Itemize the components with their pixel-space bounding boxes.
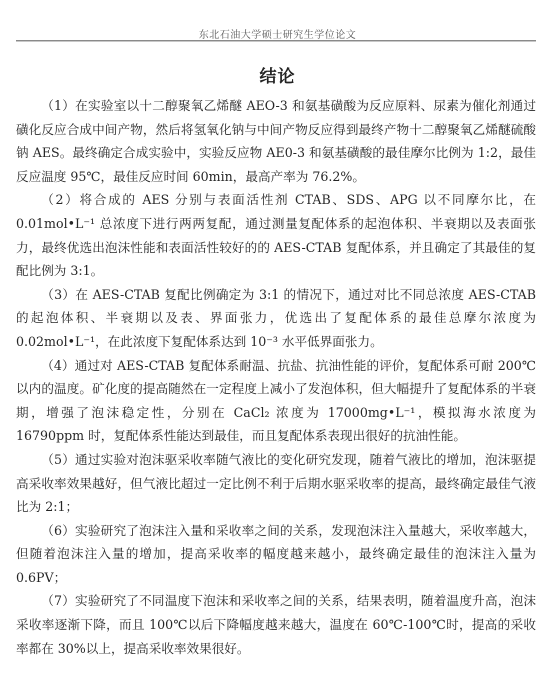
conclusion-item-6: （6）实验研究了泡沫注入量和采收率之间的关系，发现泡沫注入量越大，采收率越大，但…: [16, 519, 536, 590]
conclusion-item-5: （5）通过实验对泡沫驱采收率随气液比的变化研究发现，随着气液比的增加，泡沫驱提高…: [16, 448, 536, 519]
conclusion-item-4: （4）通过对 AES-CTAB 复配体系耐温、抗盐、抗油性能的评价，复配体系可耐…: [16, 354, 536, 448]
conclusion-item-3: （3）在 AES-CTAB 复配比例确定为 3:1 的情况下，通过对比不同总浓度…: [16, 283, 536, 354]
section-title: 结论: [0, 62, 555, 87]
conclusion-body: （1）在实验室以十二醇聚氧乙烯醚 AEO-3 和氨基磺酸为反应原料、尿素为催化剂…: [16, 94, 536, 660]
document-page: 东北石油大学硕士研究生学位论文 结论 （1）在实验室以十二醇聚氧乙烯醚 AEO-…: [0, 0, 555, 673]
conclusion-item-1: （1）在实验室以十二醇聚氧乙烯醚 AEO-3 和氨基磺酸为反应原料、尿素为催化剂…: [16, 94, 536, 188]
conclusion-item-7: （7）实验研究了不同温度下泡沫和采收率之间的关系，结果表明，随着温度升高，泡沫采…: [16, 589, 536, 660]
running-header: 东北石油大学硕士研究生学位论文: [0, 26, 555, 41]
conclusion-item-2: （2）将合成的 AES 分别与表面活性剂 CTAB、SDS、APG 以不同摩尔比…: [16, 188, 536, 282]
header-divider: [16, 40, 536, 42]
